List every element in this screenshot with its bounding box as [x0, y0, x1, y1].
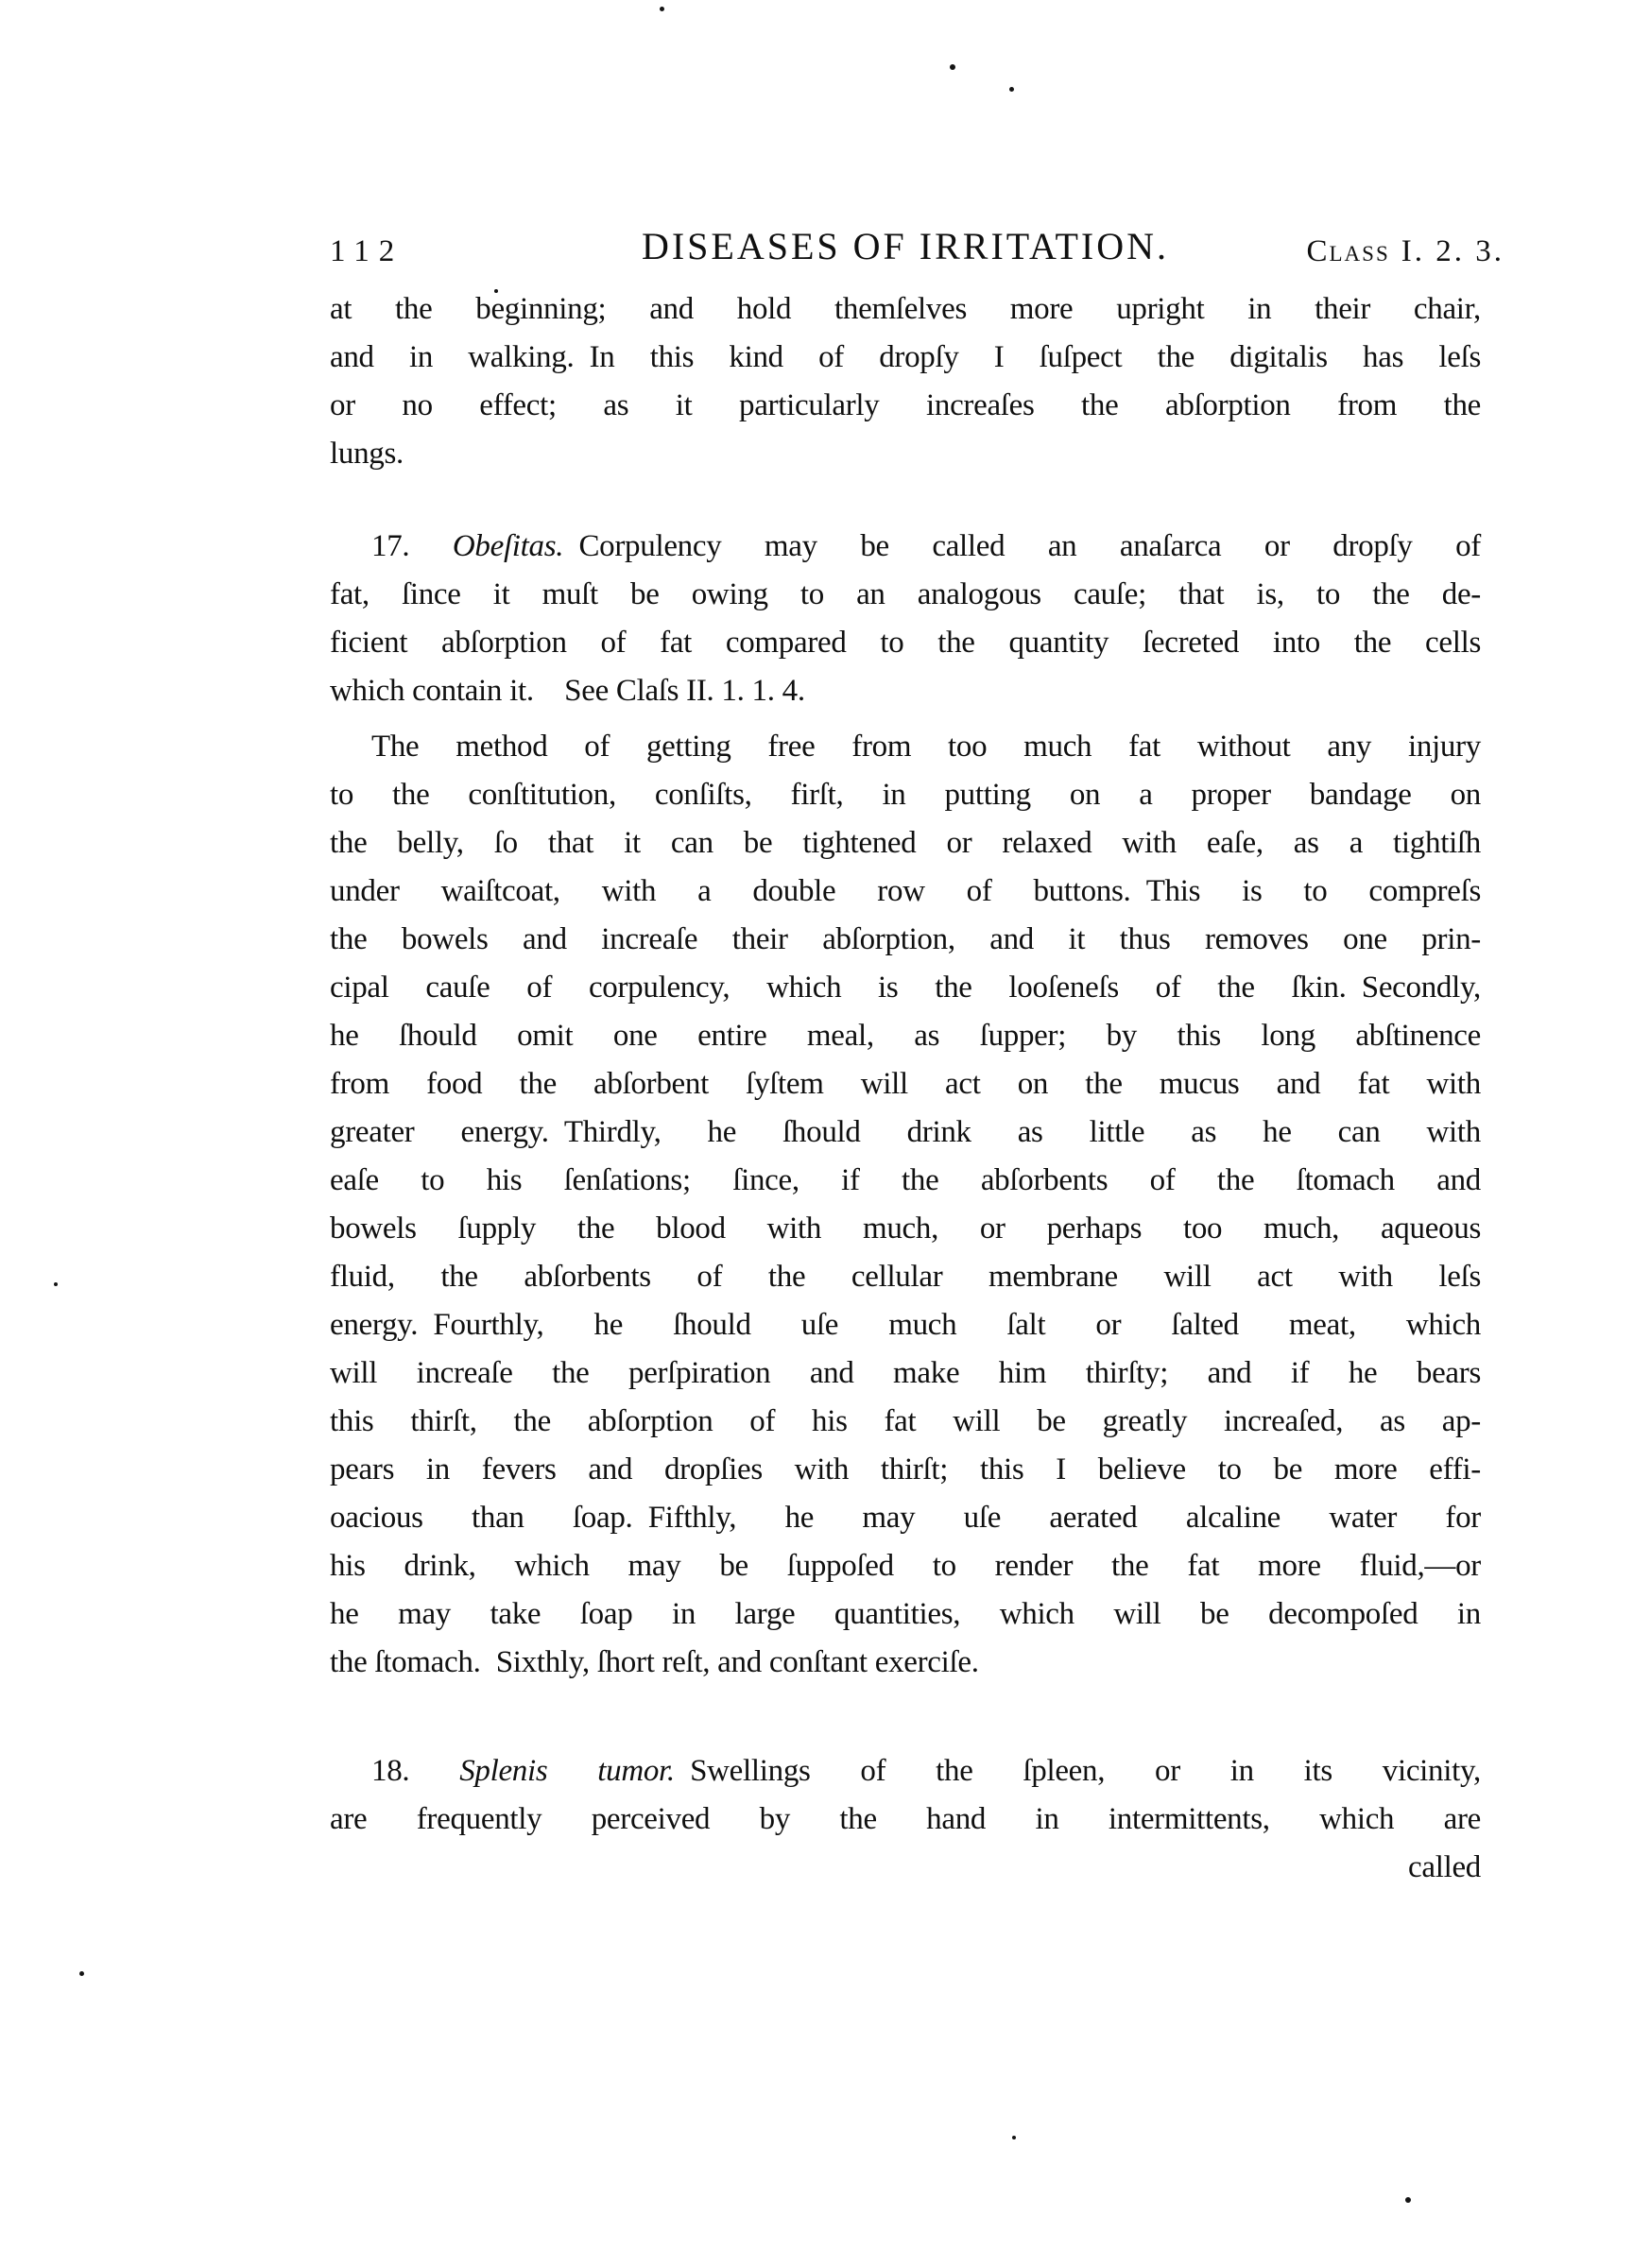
- text-line: fat, ſince it muſt be owing to an analog…: [330, 571, 1481, 619]
- text-line: and in walking. In this kind of dropſy I…: [330, 334, 1481, 382]
- paragraph: 17. Obeſitas. Corpulency may be called a…: [330, 523, 1481, 715]
- ink-speck: [1012, 2136, 1016, 2139]
- ink-speck: [660, 7, 664, 11]
- text-line: this thirſt, the abſorption of his fat w…: [330, 1398, 1481, 1446]
- body-text: at the beginning; and hold themſelves mo…: [330, 285, 1481, 1892]
- paragraph: at the beginning; and hold themſelves mo…: [330, 285, 1481, 478]
- text-line: are frequently perceived by the hand in …: [330, 1795, 1481, 1844]
- class-reference: ClassI. 2. 3.: [1306, 232, 1504, 271]
- paragraph: The method of getting free from too much…: [330, 723, 1481, 1687]
- text-line: eaſe to his ſenſations; ſince, if the ab…: [330, 1157, 1481, 1205]
- text-line: 18. Splenis tumor. Swellings of the ſple…: [330, 1747, 1481, 1795]
- text-line: his drink, which may be ſuppoſed to rend…: [330, 1542, 1481, 1590]
- text-line: the ſtomach. Sixthly, ſhort reſt, and co…: [330, 1639, 1481, 1687]
- paragraph: 18. Splenis tumor. Swellings of the ſple…: [330, 1747, 1481, 1844]
- text-line: will increaſe the perſpiration and make …: [330, 1349, 1481, 1398]
- catchword: called: [330, 1844, 1481, 1892]
- text-line: from food the abſorbent ſyſtem will act …: [330, 1060, 1481, 1108]
- ink-speck: [1009, 87, 1014, 92]
- text-line: at the beginning; and hold themſelves mo…: [330, 285, 1481, 334]
- text-line: The method of getting free from too much…: [330, 723, 1481, 771]
- class-number: I. 2. 3.: [1401, 234, 1504, 268]
- page-sheet: 112 DISEASES OF IRRITATION. ClassI. 2. 3…: [0, 0, 1633, 2268]
- text-line: lungs.: [330, 430, 1481, 478]
- text-line: he ſhould omit one entire meal, as ſuppe…: [330, 1012, 1481, 1060]
- ink-speck: [54, 1282, 58, 1286]
- text-line: greater energy. Thirdly, he ſhould drink…: [330, 1108, 1481, 1157]
- ink-speck: [79, 1971, 84, 1976]
- text-line: cipal cauſe of corpulency, which is the …: [330, 964, 1481, 1012]
- text-line: the bowels and increaſe their abſorption…: [330, 916, 1481, 964]
- text-line: under waiſtcoat, with a double row of bu…: [330, 868, 1481, 916]
- text-line: bowels ſupply the blood with much, or pe…: [330, 1205, 1481, 1253]
- text-line: fluid, the abſorbents of the cellular me…: [330, 1253, 1481, 1301]
- ink-speck: [1405, 2197, 1411, 2203]
- text-line: 17. Obeſitas. Corpulency may be called a…: [330, 523, 1481, 571]
- text-line: or no effect; as it particularly increaſ…: [330, 382, 1481, 430]
- text-line: he may take ſoap in large quantities, wh…: [330, 1590, 1481, 1639]
- class-label: Class: [1306, 234, 1389, 268]
- text-line: to the conſtitution, conſiſts, firſt, in…: [330, 771, 1481, 819]
- ink-speck: [494, 289, 498, 293]
- text-line: ficient abſorption of fat compared to th…: [330, 619, 1481, 667]
- text-line: pears in fevers and dropſies with thirſt…: [330, 1446, 1481, 1494]
- text-line: which contain it. See Claſs II. 1. 1. 4.: [330, 667, 1481, 715]
- text-line: oacious than ſoap. Fifthly, he may uſe a…: [330, 1494, 1481, 1542]
- text-line: the belly, ſo that it can be tightened o…: [330, 819, 1481, 868]
- text-line: energy. Fourthly, he ſhould uſe much ſal…: [330, 1301, 1481, 1349]
- ink-speck: [950, 64, 955, 70]
